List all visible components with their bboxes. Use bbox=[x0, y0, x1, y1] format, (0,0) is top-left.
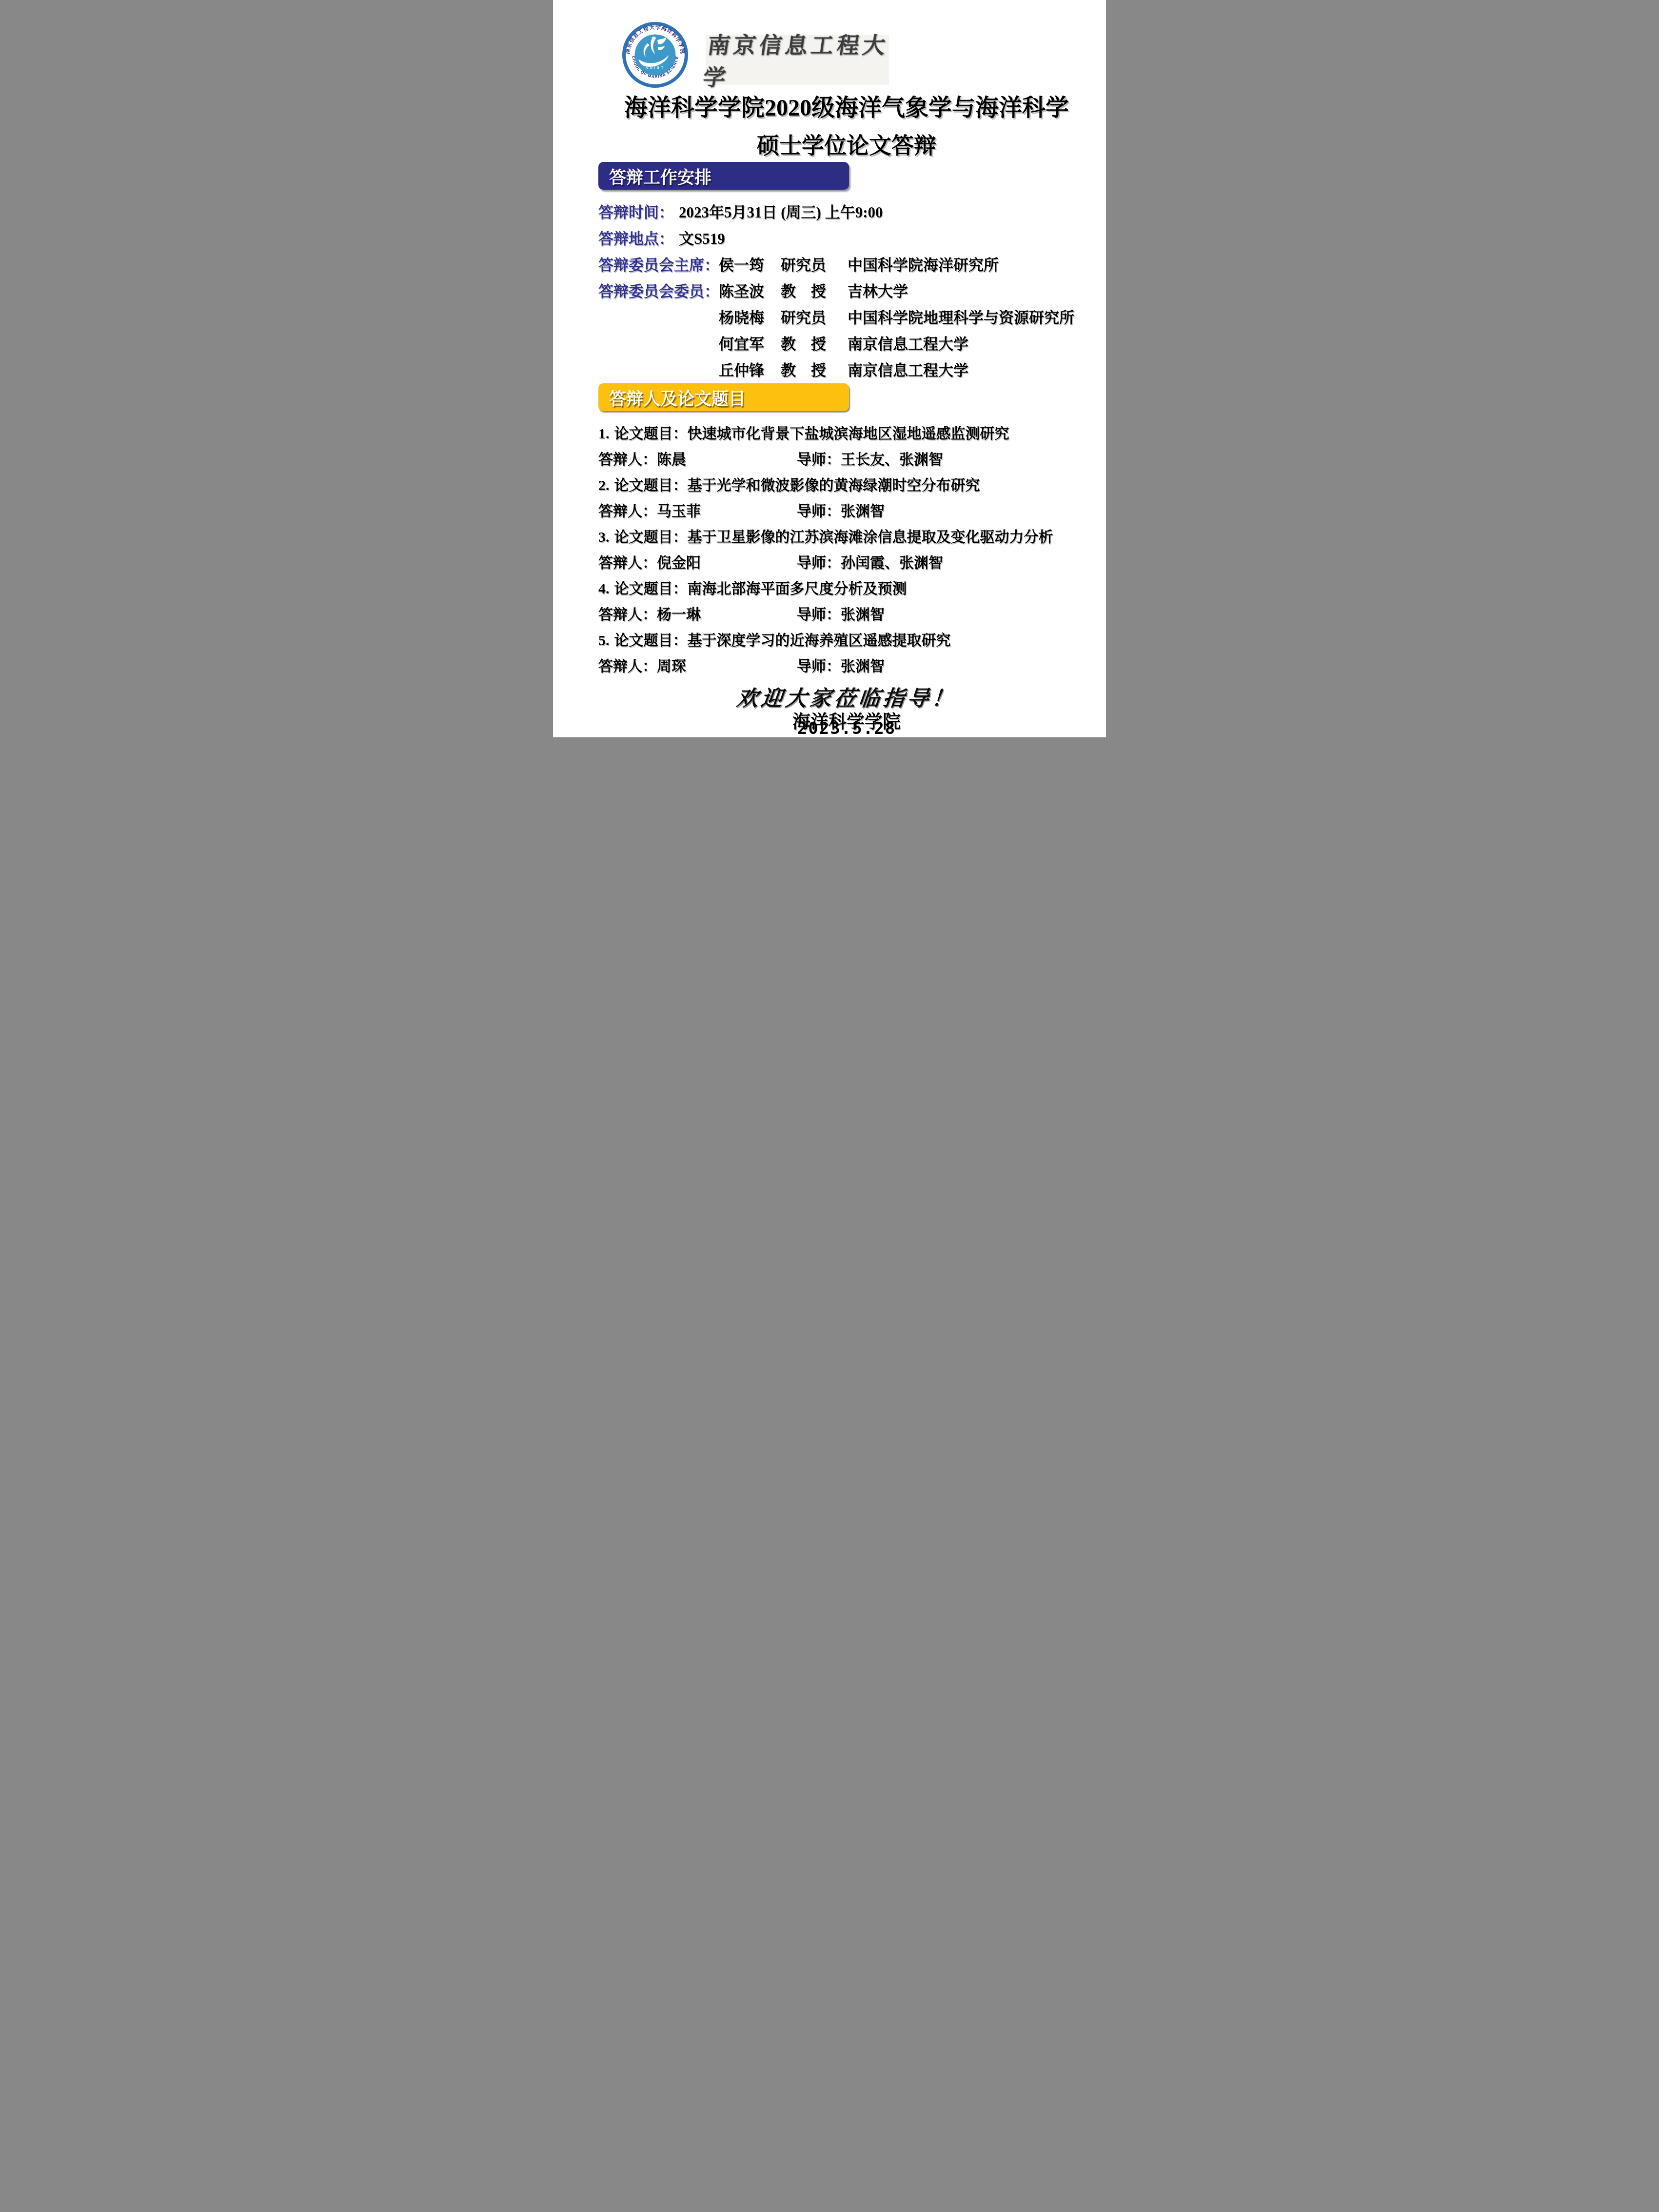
defense-venue-label: 答辩地点： bbox=[598, 226, 679, 248]
member-title: 教 授 bbox=[781, 332, 826, 354]
member-title: 研究员 bbox=[781, 305, 826, 327]
thesis-candidate-row: 答辩人：倪金阳 导师：孙闰霞、张渊智 bbox=[598, 551, 1098, 576]
chair-name: 侯一筠 bbox=[719, 253, 764, 275]
candidate-label: 答辩人： bbox=[598, 555, 657, 571]
defense-venue-row: 答辩地点： 文S519 bbox=[598, 226, 1098, 253]
member-name: 何宜军 bbox=[719, 332, 764, 354]
candidate-name: 周琛 bbox=[657, 658, 686, 674]
member-affiliation: 南京信息工程大学 bbox=[848, 358, 968, 380]
advisor-label: 导师： bbox=[797, 503, 841, 519]
committee-members-label: 答辩委员会委员： bbox=[598, 279, 719, 301]
thesis-list: 1.论文题目：快速城市化背景下盐城滨海地区湿地遥感监测研究 答辩人：陈晨 导师：… bbox=[598, 421, 1098, 680]
committee-member-row: 杨晓梅 研究员 中国科学院地理科学与资源研究所 bbox=[598, 305, 1098, 332]
candidate-name: 倪金阳 bbox=[657, 555, 701, 571]
defense-announcement-poster: 南京信息工程大学海洋科学学院 SCHOOL OF MARINE SCIENCES… bbox=[553, 0, 1106, 737]
candidate-label: 答辩人： bbox=[598, 452, 657, 468]
member-affiliation: 南京信息工程大学 bbox=[848, 332, 968, 354]
advisor-label: 导师： bbox=[797, 658, 841, 674]
member-affiliation: 吉林大学 bbox=[848, 279, 908, 301]
candidate-name: 杨一琳 bbox=[657, 607, 701, 623]
thesis-title-row: 4.论文题目：南海北部海平面多尺度分析及预测 bbox=[598, 576, 1098, 602]
thesis-number: 5. bbox=[598, 632, 610, 649]
section-banner-arrangement-label: 答辩工作安排 bbox=[609, 168, 711, 187]
thesis-number: 2. bbox=[598, 477, 610, 494]
committee-member: 丘仲锋 教 授 南京信息工程大学 bbox=[719, 358, 968, 380]
member-name: 杨晓梅 bbox=[719, 305, 764, 327]
candidate-label: 答辩人： bbox=[598, 503, 657, 519]
committee-member: 何宜军 教 授 南京信息工程大学 bbox=[719, 332, 968, 354]
advisor-group: 导师：张渊智 bbox=[797, 602, 885, 624]
chair-affiliation: 中国科学院海洋研究所 bbox=[848, 253, 999, 275]
advisor-group: 导师：张渊智 bbox=[797, 654, 885, 675]
thesis-candidate-row: 答辩人：杨一琳 导师：张渊智 bbox=[598, 602, 1098, 628]
advisor-label: 导师： bbox=[797, 607, 841, 623]
committee-chair-label: 答辩委员会主席： bbox=[598, 253, 719, 275]
logo-acronym-text: NUIST bbox=[646, 65, 665, 70]
marine-school-seal-icon: 南京信息工程大学海洋科学学院 SCHOOL OF MARINE SCIENCES… bbox=[622, 21, 689, 88]
committee-member: 陈圣波 教 授 吉林大学 bbox=[719, 279, 908, 301]
advisor-names: 张渊智 bbox=[841, 607, 885, 623]
section-banner-arrangement: 答辩工作安排 bbox=[598, 162, 849, 190]
thesis-candidate-row: 答辩人：周琛 导师：张渊智 bbox=[598, 654, 1098, 680]
committee-member: 杨晓梅 研究员 中国科学院地理科学与资源研究所 bbox=[719, 305, 1074, 327]
member-affiliation: 中国科学院地理科学与资源研究所 bbox=[848, 305, 1074, 327]
arrangement-info: 答辩时间： 2023年5月31日 (周三) 上午9:00 答辩地点： 文S519… bbox=[598, 200, 1098, 384]
thesis-number: 3. bbox=[598, 529, 610, 545]
thesis-title-label: 论文题目： bbox=[614, 581, 688, 597]
thesis-title-row: 5.论文题目：基于深度学习的近海养殖区遥感提取研究 bbox=[598, 628, 1098, 654]
school-seal-logo: 南京信息工程大学海洋科学学院 SCHOOL OF MARINE SCIENCES… bbox=[622, 21, 689, 88]
section-banner-candidates-label: 答辩人及论文题目 bbox=[609, 390, 746, 409]
thesis-candidate-row: 答辩人：马玉菲 导师：张渊智 bbox=[598, 499, 1098, 525]
thesis-title: 基于光学和微波影像的黄海绿潮时空分布研究 bbox=[688, 477, 980, 494]
advisor-group: 导师：王长友、张渊智 bbox=[797, 447, 943, 469]
member-title: 教 授 bbox=[781, 358, 826, 380]
member-title: 教 授 bbox=[781, 279, 826, 301]
defense-time-value: 2023年5月31日 (周三) 上午9:00 bbox=[679, 200, 883, 222]
committee-chair-row: 答辩委员会主席： 侯一筠 研究员 中国科学院海洋研究所 bbox=[598, 253, 1098, 279]
defense-time-label: 答辩时间： bbox=[598, 200, 679, 222]
committee-chair: 侯一筠 研究员 中国科学院海洋研究所 bbox=[719, 253, 999, 275]
thesis-candidate-row: 答辩人：陈晨 导师：王长友、张渊智 bbox=[598, 447, 1098, 473]
poster-title-line1: 海洋科学学院2020级海洋气象学与海洋科学 bbox=[597, 89, 1096, 122]
thesis-title: 南海北部海平面多尺度分析及预测 bbox=[688, 581, 907, 597]
committee-member-row: 何宜军 教 授 南京信息工程大学 bbox=[598, 332, 1098, 358]
candidate-name: 马玉菲 bbox=[657, 503, 701, 519]
thesis-title-label: 论文题目： bbox=[614, 477, 688, 494]
committee-member-row: 答辩委员会委员： 陈圣波 教 授 吉林大学 bbox=[598, 279, 1098, 305]
thesis-title-row: 2.论文题目：基于光学和微波影像的黄海绿潮时空分布研究 bbox=[598, 473, 1098, 499]
thesis-number: 1. bbox=[598, 426, 610, 442]
footer-date: 2023.5.28 bbox=[597, 719, 1096, 737]
advisor-names: 王长友、张渊智 bbox=[841, 452, 943, 468]
thesis-title: 基于卫星影像的江苏滨海滩涂信息提取及变化驱动力分析 bbox=[688, 529, 1053, 545]
candidate-name: 陈晨 bbox=[657, 452, 686, 468]
candidate-label: 答辩人： bbox=[598, 658, 657, 674]
section-banner-candidates: 答辩人及论文题目 bbox=[598, 383, 849, 411]
advisor-label: 导师： bbox=[797, 555, 841, 571]
advisor-names: 张渊智 bbox=[841, 658, 885, 674]
thesis-title-label: 论文题目： bbox=[614, 426, 688, 442]
advisor-group: 导师：张渊智 bbox=[797, 499, 885, 520]
member-name: 丘仲锋 bbox=[719, 358, 764, 380]
university-calligraphy-text: 南京信息工程大学 bbox=[701, 28, 894, 92]
advisor-label: 导师： bbox=[797, 452, 841, 468]
advisor-names: 张渊智 bbox=[841, 503, 885, 519]
advisor-group: 导师：孙闰霞、张渊智 bbox=[797, 551, 943, 572]
chair-title: 研究员 bbox=[781, 253, 826, 275]
poster-title-line2: 硕士学位论文答辩 bbox=[597, 128, 1096, 160]
university-calligraphy-image: 南京信息工程大学 bbox=[706, 35, 889, 85]
defense-venue-value: 文S519 bbox=[679, 226, 725, 248]
thesis-title-label: 论文题目： bbox=[614, 632, 688, 649]
thesis-title-label: 论文题目： bbox=[614, 529, 688, 545]
thesis-title: 快速城市化背景下盐城滨海地区湿地遥感监测研究 bbox=[688, 426, 1009, 442]
thesis-number: 4. bbox=[598, 581, 610, 597]
thesis-title: 基于深度学习的近海养殖区遥感提取研究 bbox=[688, 632, 951, 649]
thesis-title-row: 1.论文题目：快速城市化背景下盐城滨海地区湿地遥感监测研究 bbox=[598, 421, 1098, 447]
defense-time-row: 答辩时间： 2023年5月31日 (周三) 上午9:00 bbox=[598, 200, 1098, 226]
member-name: 陈圣波 bbox=[719, 279, 764, 301]
candidate-label: 答辩人： bbox=[598, 607, 657, 623]
committee-member-row: 丘仲锋 教 授 南京信息工程大学 bbox=[598, 358, 1098, 384]
advisor-names: 孙闰霞、张渊智 bbox=[841, 555, 943, 571]
thesis-title-row: 3.论文题目：基于卫星影像的江苏滨海滩涂信息提取及变化驱动力分析 bbox=[598, 525, 1098, 551]
